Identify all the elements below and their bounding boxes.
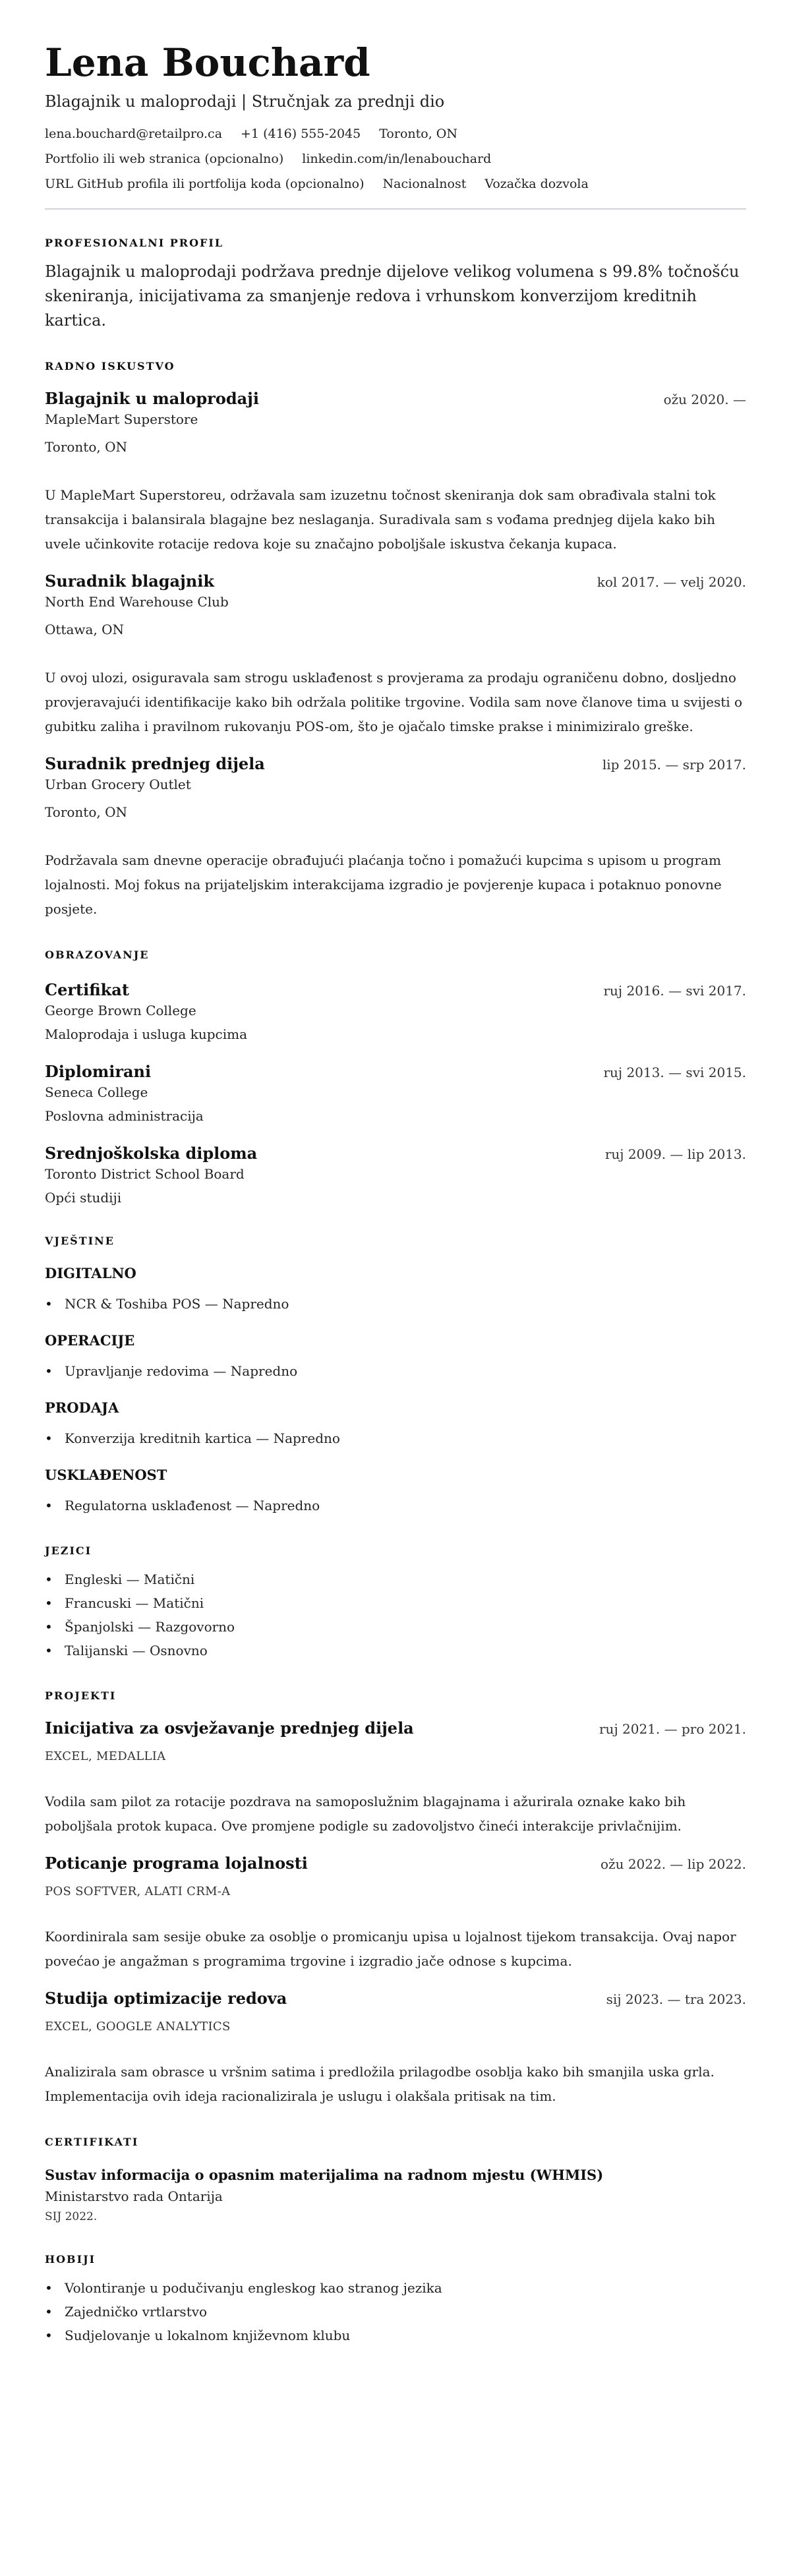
school-name: George Brown College	[45, 1001, 746, 1020]
section-title: Obrazovanje	[45, 948, 746, 962]
hobby-item: Sudjelovanje u lokalnom književnom klubu	[45, 2324, 746, 2347]
certificate-issuer: Ministarstvo rada Ontarija	[45, 2185, 746, 2208]
drivers-license: Vozačka dozvola	[484, 177, 588, 191]
project-tags: EXCEL, GOOGLE ANALYTICS	[45, 2020, 746, 2034]
profile-section: Profesionalni profil Blagajnik u malopro…	[45, 236, 746, 333]
linkedin-link[interactable]: linkedin.com/in/lenabouchard	[302, 152, 491, 166]
project-dates: ruj 2021. — pro 2021.	[599, 1720, 746, 1738]
headline: Blagajnik u maloprodaji | Stručnjak za p…	[45, 91, 746, 112]
company-name: North End Warehouse Club	[45, 592, 746, 612]
languages-list: Engleski — MatičniFrancuski — MatičniŠpa…	[45, 1567, 746, 1662]
education-entry: Certifikatruj 2016. — svi 2017.George Br…	[45, 980, 746, 1044]
job-location: Toronto, ON	[45, 802, 746, 822]
language-item: Talijanski — Osnovno	[45, 1639, 746, 1662]
skill-list: Konverzija kreditnih kartica — Napredno	[45, 1426, 746, 1450]
section-title: Jezici	[45, 1544, 746, 1558]
job-description: U ovoj ulozi, osiguravala sam strogu usk…	[45, 666, 746, 739]
job-description: U MapleMart Superstoreu, održavala sam i…	[45, 483, 746, 556]
resume-header: Lena Bouchard Blagajnik u maloprodaji | …	[45, 40, 746, 210]
hobby-item: Volontiranje u podučivanju engleskog kao…	[45, 2276, 746, 2300]
project-tags: POS SOFTVER, ALATI CRM-A	[45, 1885, 746, 1898]
skill-item: Regulatorna usklađenost — Napredno	[45, 1494, 746, 1517]
education-section: Obrazovanje Certifikatruj 2016. — svi 20…	[45, 948, 746, 1208]
company-name: MapleMart Superstore	[45, 409, 746, 429]
skill-category: PRODAJA	[45, 1399, 746, 1417]
experience-entry: Suradnik prednjeg dijelalip 2015. — srp …	[45, 753, 746, 922]
phone[interactable]: +1 (416) 555-2045	[241, 127, 361, 141]
experience-entry: Blagajnik u maloprodajiožu 2020. —MapleM…	[45, 388, 746, 556]
education-entry: Srednjoškolska diplomaruj 2009. — lip 20…	[45, 1143, 746, 1208]
skill-item: Konverzija kreditnih kartica — Napredno	[45, 1426, 746, 1450]
certificate-entry: Sustav informacija o opasnim materijalim…	[45, 2165, 746, 2226]
certificates-section: Certifikati Sustav informacija o opasnim…	[45, 2135, 746, 2226]
experience-entry: Suradnik blagajnikkol 2017. — velj 2020.…	[45, 571, 746, 739]
project-name: Studija optimizacije redova	[45, 1988, 287, 2009]
school-name: Toronto District School Board	[45, 1164, 746, 1184]
degree: Srednjoškolska diploma	[45, 1143, 257, 1164]
job-location: Toronto, ON	[45, 437, 746, 457]
certificate-date: SIJ 2022.	[45, 2208, 746, 2226]
education-dates: ruj 2016. — svi 2017.	[603, 981, 746, 1000]
skill-item: Upravljanje redovima — Napredno	[45, 1359, 746, 1383]
skills-section: Vještine DIGITALNONCR & Toshiba POS — Na…	[45, 1234, 746, 1517]
contact-row: URL GitHub profila ili portfolija koda (…	[45, 175, 746, 192]
education-entry: Diplomiraniruj 2013. — svi 2015.Seneca C…	[45, 1061, 746, 1126]
project-description: Vodila sam pilot za rotacije pozdrava na…	[45, 1790, 746, 1838]
job-title: Suradnik prednjeg dijela	[45, 753, 265, 775]
resume-page: Lena Bouchard Blagajnik u maloprodaji | …	[0, 0, 791, 2374]
entry-header: Certifikatruj 2016. — svi 2017.	[45, 980, 746, 1001]
contact-row: Portfolio ili web stranica (opcionalno)l…	[45, 150, 746, 167]
entry-header: Srednjoškolska diplomaruj 2009. — lip 20…	[45, 1143, 746, 1164]
school-name: Seneca College	[45, 1082, 746, 1102]
entry-header: Inicijativa za osvježavanje prednjeg dij…	[45, 1718, 746, 1739]
section-title: Vještine	[45, 1234, 746, 1248]
project-entry: Studija optimizacije redovasij 2023. — t…	[45, 1988, 746, 2109]
entry-header: Studija optimizacije redovasij 2023. — t…	[45, 1988, 746, 2009]
job-dates: lip 2015. — srp 2017.	[602, 755, 746, 774]
project-name: Poticanje programa lojalnosti	[45, 1853, 308, 1874]
field-of-study: Poslovna administracija	[45, 1106, 746, 1126]
skill-list: NCR & Toshiba POS — Napredno	[45, 1292, 746, 1316]
education-dates: ruj 2009. — lip 2013.	[605, 1145, 746, 1163]
profile-summary: Blagajnik u maloprodaji podržava prednje…	[45, 260, 746, 333]
skill-list: Upravljanje redovima — Napredno	[45, 1359, 746, 1383]
field-of-study: Opći studiji	[45, 1188, 746, 1208]
skill-category: OPERACIJE	[45, 1332, 746, 1350]
skill-category: DIGITALNO	[45, 1264, 746, 1283]
entry-header: Blagajnik u maloprodajiožu 2020. —	[45, 388, 746, 409]
language-item: Francuski — Matični	[45, 1591, 746, 1615]
hobbies-section: Hobiji Volontiranje u podučivanju engles…	[45, 2252, 746, 2347]
portfolio-link[interactable]: Portfolio ili web stranica (opcionalno)	[45, 152, 283, 166]
project-entry: Inicijativa za osvježavanje prednjeg dij…	[45, 1718, 746, 1838]
location: Toronto, ON	[379, 127, 457, 141]
github-link[interactable]: URL GitHub profila ili portfolija koda (…	[45, 177, 365, 191]
job-dates: kol 2017. — velj 2020.	[597, 573, 746, 591]
language-item: Engleski — Matični	[45, 1567, 746, 1591]
skill-category: USKLAĐENOST	[45, 1466, 746, 1484]
company-name: Urban Grocery Outlet	[45, 775, 746, 794]
project-name: Inicijativa za osvježavanje prednjeg dij…	[45, 1718, 414, 1739]
project-entry: Poticanje programa lojalnostiožu 2022. —…	[45, 1853, 746, 1974]
job-description: Podržavala sam dnevne operacije obrađuju…	[45, 848, 746, 922]
entry-header: Suradnik blagajnikkol 2017. — velj 2020.	[45, 571, 746, 592]
job-title: Blagajnik u maloprodaji	[45, 388, 259, 409]
entry-header: Poticanje programa lojalnostiožu 2022. —…	[45, 1853, 746, 1874]
entry-header: Suradnik prednjeg dijelalip 2015. — srp …	[45, 753, 746, 775]
education-dates: ruj 2013. — svi 2015.	[603, 1063, 746, 1082]
field-of-study: Maloprodaja i usluga kupcima	[45, 1024, 746, 1044]
section-title: Hobiji	[45, 2252, 746, 2267]
header-divider	[45, 208, 746, 210]
projects-section: Projekti Inicijativa za osvježavanje pre…	[45, 1689, 746, 2109]
project-dates: sij 2023. — tra 2023.	[606, 1990, 746, 2008]
project-dates: ožu 2022. — lip 2022.	[601, 1855, 746, 1873]
experience-section: Radno iskustvo Blagajnik u maloprodajiož…	[45, 359, 746, 922]
project-description: Analizirala sam obrasce u vršnim satima …	[45, 2060, 746, 2109]
contact-info: lena.bouchard@retailpro.ca+1 (416) 555-2…	[45, 125, 746, 192]
section-title: Certifikati	[45, 2135, 746, 2150]
hobby-item: Zajedničko vrtlarstvo	[45, 2300, 746, 2324]
job-dates: ožu 2020. —	[664, 390, 746, 409]
hobbies-list: Volontiranje u podučivanju engleskog kao…	[45, 2276, 746, 2347]
degree: Diplomirani	[45, 1061, 151, 1082]
degree: Certifikat	[45, 980, 129, 1001]
email[interactable]: lena.bouchard@retailpro.ca	[45, 127, 222, 141]
nationality: Nacionalnost	[383, 177, 467, 191]
job-location: Ottawa, ON	[45, 620, 746, 639]
job-title: Suradnik blagajnik	[45, 571, 214, 592]
certificate-name: Sustav informacija o opasnim materijalim…	[45, 2165, 746, 2185]
project-description: Koordinirala sam sesije obuke za osoblje…	[45, 1925, 746, 1974]
section-title: Radno iskustvo	[45, 359, 746, 374]
contact-row: lena.bouchard@retailpro.ca+1 (416) 555-2…	[45, 125, 746, 142]
languages-section: Jezici Engleski — MatičniFrancuski — Mat…	[45, 1544, 746, 1662]
section-title: Projekti	[45, 1689, 746, 1703]
project-tags: EXCEL, MEDALLIA	[45, 1749, 746, 1763]
section-title: Profesionalni profil	[45, 236, 746, 250]
entry-header: Diplomiraniruj 2013. — svi 2015.	[45, 1061, 746, 1082]
skill-list: Regulatorna usklađenost — Napredno	[45, 1494, 746, 1517]
language-item: Španjolski — Razgovorno	[45, 1615, 746, 1639]
skill-item: NCR & Toshiba POS — Napredno	[45, 1292, 746, 1316]
candidate-name: Lena Bouchard	[45, 40, 746, 86]
